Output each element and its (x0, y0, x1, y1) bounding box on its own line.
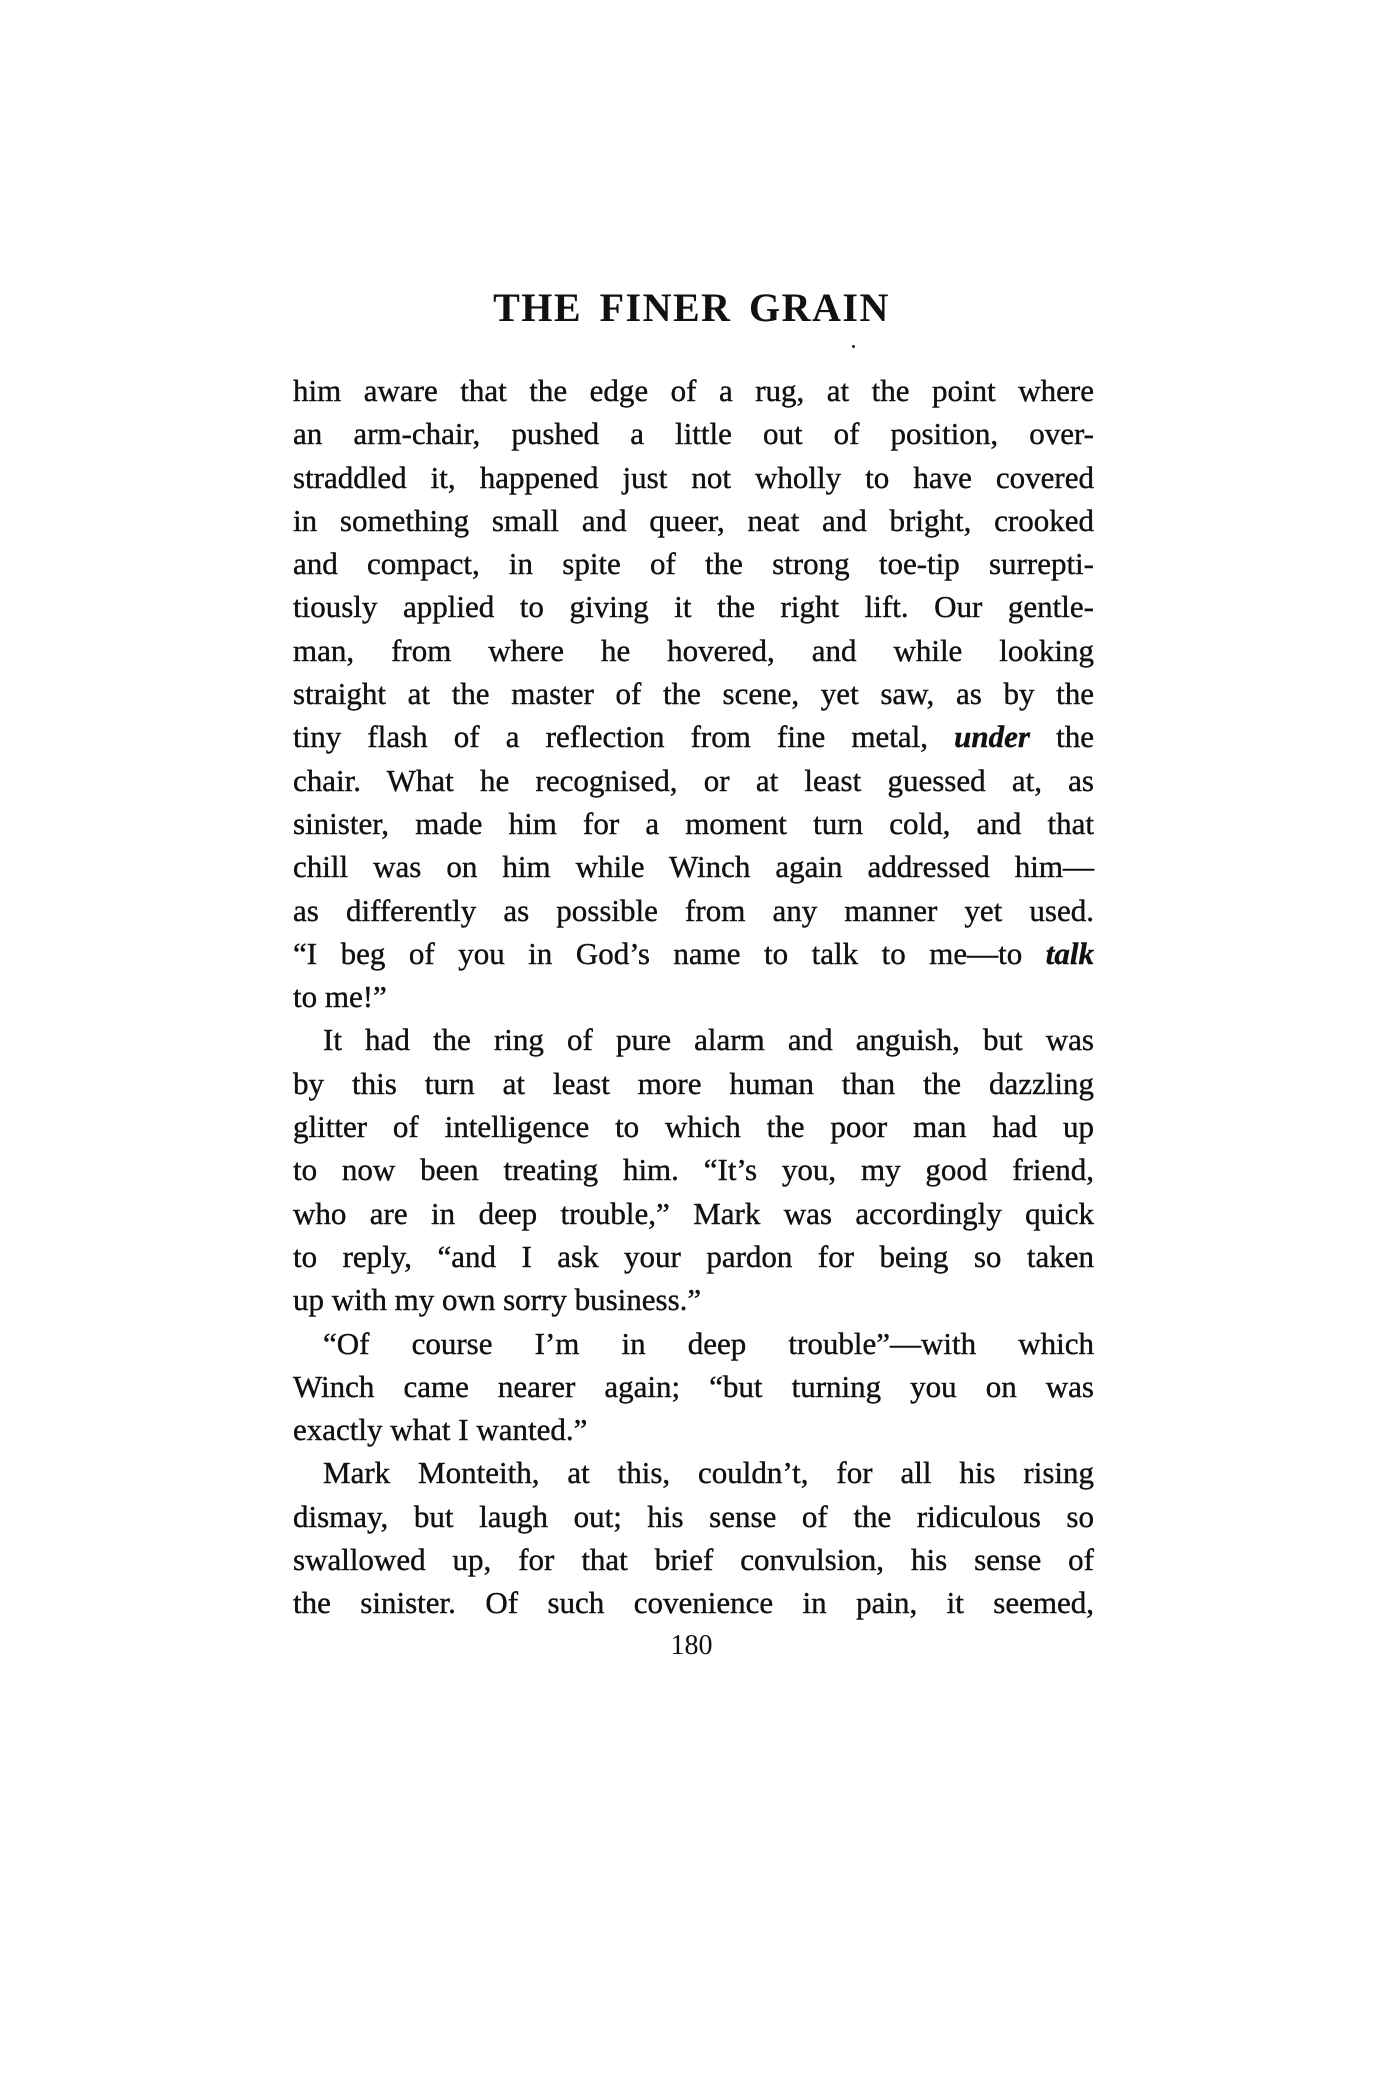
text-line: and compact, in spite of the strong toe-… (293, 542, 1094, 585)
text-line: who are in deep trouble,” Mark was accor… (293, 1192, 1094, 1235)
text-line: straddled it, happened just not wholly t… (293, 456, 1094, 499)
text-line: up with my own sorry business.” (293, 1278, 1094, 1321)
paragraph: “Of course I’m in deep trouble”—with whi… (293, 1322, 1094, 1452)
italic-emphasis: talk (1046, 936, 1094, 971)
text-line: the sinister. Of such covenience in pain… (293, 1581, 1094, 1624)
text-line: chair. What he recognised, or at least g… (293, 759, 1094, 802)
paragraph: Mark Monteith, at this, couldn’t, for al… (293, 1451, 1094, 1624)
text-line: tiously applied to giving it the right l… (293, 585, 1094, 628)
text-line: an arm-chair, pushed a little out of pos… (293, 412, 1094, 455)
text-line: to now been treating him. “It’s you, my … (293, 1148, 1094, 1191)
paragraph: him aware that the edge of a rug, at the… (293, 369, 1094, 1018)
text-line: man, from where he hovered, and while lo… (293, 629, 1094, 672)
text-line: tiny flash of a reflection from fine met… (293, 715, 1094, 758)
text-line: glitter of intelligence to which the poo… (293, 1105, 1094, 1148)
book-page: THE FINER GRAIN him aware that the edge … (0, 0, 1383, 2080)
text-line: to reply, “and I ask your pardon for bei… (293, 1235, 1094, 1278)
body-text: him aware that the edge of a rug, at the… (293, 369, 1094, 1625)
text-line: chill was on him while Winch again addre… (293, 845, 1094, 888)
text-line: exactly what I wanted.” (293, 1408, 1094, 1451)
text-line: by this turn at least more human than th… (293, 1062, 1094, 1105)
text-line: as differently as possible from any mann… (293, 889, 1094, 932)
text-line: in something small and queer, neat and b… (293, 499, 1094, 542)
text-line: dismay, but laugh out; his sense of the … (293, 1495, 1094, 1538)
italic-emphasis: under (954, 719, 1030, 754)
text-line: It had the ring of pure alarm and anguis… (293, 1018, 1094, 1061)
page-number: 180 (0, 1626, 1383, 1666)
print-speck (852, 345, 855, 348)
paragraph: It had the ring of pure alarm and anguis… (293, 1018, 1094, 1321)
text-line: Mark Monteith, at this, couldn’t, for al… (293, 1451, 1094, 1494)
text-line: “Of course I’m in deep trouble”—with whi… (293, 1322, 1094, 1365)
running-head: THE FINER GRAIN (0, 284, 1383, 332)
text-line: straight at the master of the scene, yet… (293, 672, 1094, 715)
text-line: sinister, made him for a moment turn col… (293, 802, 1094, 845)
text-line: Winch came nearer again; “but turning yo… (293, 1365, 1094, 1408)
text-line: swallowed up, for that brief convulsion,… (293, 1538, 1094, 1581)
text-line: to me!” (293, 975, 1094, 1018)
text-line: “I beg of you in God’s name to talk to m… (293, 932, 1094, 975)
text-line: him aware that the edge of a rug, at the… (293, 369, 1094, 412)
